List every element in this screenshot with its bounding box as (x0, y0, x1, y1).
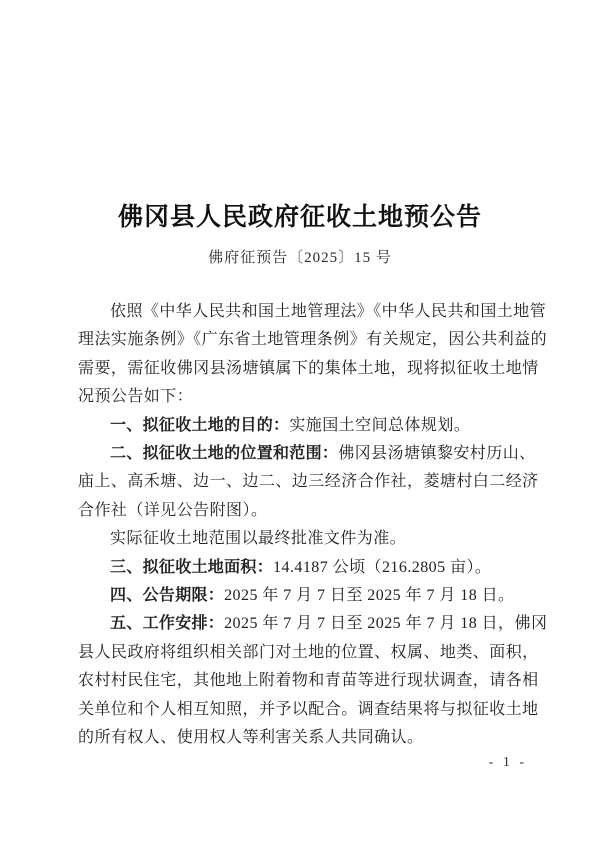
document-body: 依照《中华人民共和国土地管理法》《中华人民共和国土地管 理法实施条例》《广东省土… (78, 298, 523, 753)
body-line-item-4: 四、公告期限：2025 年 7 月 7 日至 2025 年 7 月 18 日。 (78, 582, 523, 610)
line-text: 依照《中华人民共和国土地管理法》《中华人民共和国土地管 (110, 303, 546, 320)
body-line: 况预公告如下： (78, 383, 523, 411)
line-text: 理法实施条例》《广东省土地管理条例》有关规定，因公共利益的 (78, 331, 547, 348)
body-line-item-2: 二、拟征收土地的位置和范围：佛冈县汤塘镇黎安村历山、 (78, 440, 523, 468)
body-line: 需要，需征收佛冈县汤塘镇属下的集体土地，现将拟征收土地情 (78, 355, 523, 383)
line-text: 14.4187 公顷（216.2805 亩）。 (273, 559, 491, 576)
line-lead: 二、拟征收土地的位置和范围： (110, 445, 338, 462)
body-line: 理法实施条例》《广东省土地管理条例》有关规定，因公共利益的 (78, 326, 523, 354)
line-lead: 三、拟征收土地面积： (110, 559, 273, 576)
body-line-item-1: 一、拟征收土地的目的：实施国土空间总体规划。 (78, 412, 523, 440)
document-page: 佛冈县人民政府征收土地预公告 佛府征预告〔2025〕15 号 依照《中华人民共和… (0, 0, 600, 848)
line-text: 需要，需征收佛冈县汤塘镇属下的集体土地，现将拟征收土地情 (78, 360, 539, 377)
line-lead: 五、工作安排： (110, 615, 224, 632)
line-text: 2025 年 7 月 7 日至 2025 年 7 月 18 日，佛冈 (224, 615, 547, 632)
body-line: 庙上、高禾塘、边一、边二、边三经济合作社，菱塘村白二经济 (78, 468, 523, 496)
line-text: 的所有权人、使用权人等利害关系人共同确认。 (78, 729, 423, 746)
line-text: 县人民政府将组织相关部门对土地的位置、权属、地类、面积， (78, 644, 539, 661)
document-number: 佛府征预告〔2025〕15 号 (0, 247, 600, 269)
line-text: 庙上、高禾塘、边一、边二、边三经济合作社，菱塘村白二经济 (78, 473, 539, 490)
body-line-item-5: 五、工作安排：2025 年 7 月 7 日至 2025 年 7 月 18 日，佛… (78, 610, 523, 638)
line-lead: 四、公告期限： (110, 587, 224, 604)
document-title: 佛冈县人民政府征收土地预公告 (0, 0, 600, 234)
body-line: 实际征收土地范围以最终批准文件为准。 (78, 525, 523, 553)
line-lead: 一、拟征收土地的目的： (110, 417, 289, 434)
body-line: 县人民政府将组织相关部门对土地的位置、权属、地类、面积， (78, 639, 523, 667)
body-line: 依照《中华人民共和国土地管理法》《中华人民共和国土地管 (78, 298, 523, 326)
body-line: 农村村民住宅，其他地上附着物和青苗等进行现状调查，请各相 (78, 667, 523, 695)
line-text: 合作社（详见公告附图）。 (78, 502, 267, 519)
line-text: 况预公告如下： (78, 388, 193, 405)
body-line: 关单位和个人相互知照，并予以配合。调查结果将与拟征收土地 (78, 696, 523, 724)
page-number: - 1 - (489, 755, 527, 771)
body-line: 的所有权人、使用权人等利害关系人共同确认。 (78, 724, 523, 752)
line-text: 实际征收土地范围以最终批准文件为准。 (110, 530, 406, 547)
line-text: 农村村民住宅，其他地上附着物和青苗等进行现状调查，请各相 (78, 672, 539, 689)
body-line-item-3: 三、拟征收土地面积：14.4187 公顷（216.2805 亩）。 (78, 554, 523, 582)
line-text: 2025 年 7 月 7 日至 2025 年 7 月 18 日。 (224, 587, 514, 604)
line-text: 实施国土空间总体规划。 (289, 417, 470, 434)
line-text: 关单位和个人相互知照，并予以配合。调查结果将与拟征收土地 (78, 701, 539, 718)
body-line: 合作社（详见公告附图）。 (78, 497, 523, 525)
line-text: 佛冈县汤塘镇黎安村历山、 (338, 445, 535, 462)
